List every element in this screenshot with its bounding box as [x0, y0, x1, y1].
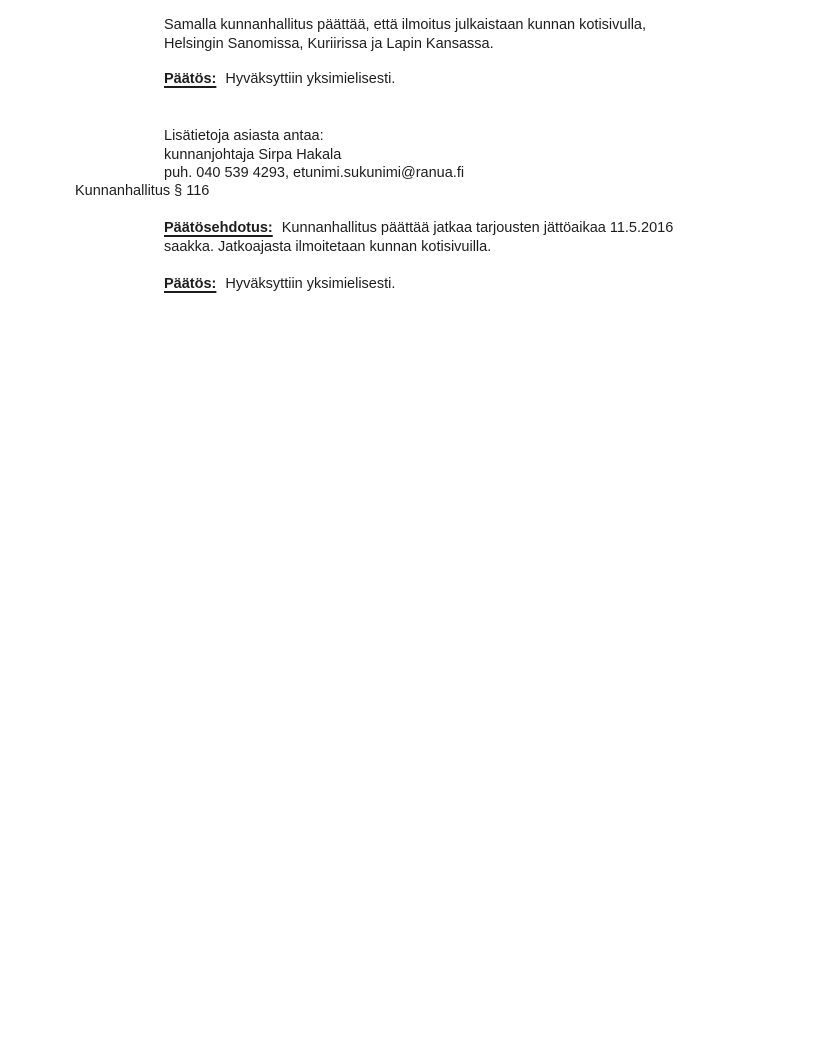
document-page: Samalla kunnanhallitus päättää, että ilm…	[0, 0, 816, 1056]
section-reference: Kunnanhallitus § 116	[75, 182, 209, 201]
decision-2-label: Päätös:	[164, 276, 216, 292]
decision-1-text: Hyväksyttiin yksimielisesti.	[225, 71, 395, 87]
proposal-label: Päätösehdotus:	[164, 220, 273, 236]
contact-line-2: kunnanjohtaja Sirpa Hakala	[164, 146, 464, 165]
decision-paragraph-2: Päätös:Hyväksyttiin yksimielisesti.	[164, 275, 395, 294]
proposal-line-1-text: Kunnanhallitus päättää jatkaa tarjousten…	[282, 220, 674, 236]
intro-line-2: Helsingin Sanomissa, Kuriirissa ja Lapin…	[164, 35, 646, 54]
decision-2-text: Hyväksyttiin yksimielisesti.	[225, 276, 395, 292]
decision-paragraph-1: Päätös:Hyväksyttiin yksimielisesti.	[164, 70, 395, 89]
proposal-paragraph: Päätösehdotus:Kunnanhallitus päättää jat…	[164, 219, 673, 256]
contact-line-3: puh. 040 539 4293, etunimi.sukunimi@ranu…	[164, 164, 464, 183]
proposal-line-2: saakka. Jatkoajasta ilmoitetaan kunnan k…	[164, 238, 673, 257]
intro-line-1: Samalla kunnanhallitus päättää, että ilm…	[164, 16, 646, 35]
contact-line-1: Lisätietoja asiasta antaa:	[164, 127, 464, 146]
decision-1-label: Päätös:	[164, 71, 216, 87]
proposal-line-1: Päätösehdotus:Kunnanhallitus päättää jat…	[164, 219, 673, 238]
contact-info: Lisätietoja asiasta antaa: kunnanjohtaja…	[164, 127, 464, 183]
intro-paragraph: Samalla kunnanhallitus päättää, että ilm…	[164, 16, 646, 53]
